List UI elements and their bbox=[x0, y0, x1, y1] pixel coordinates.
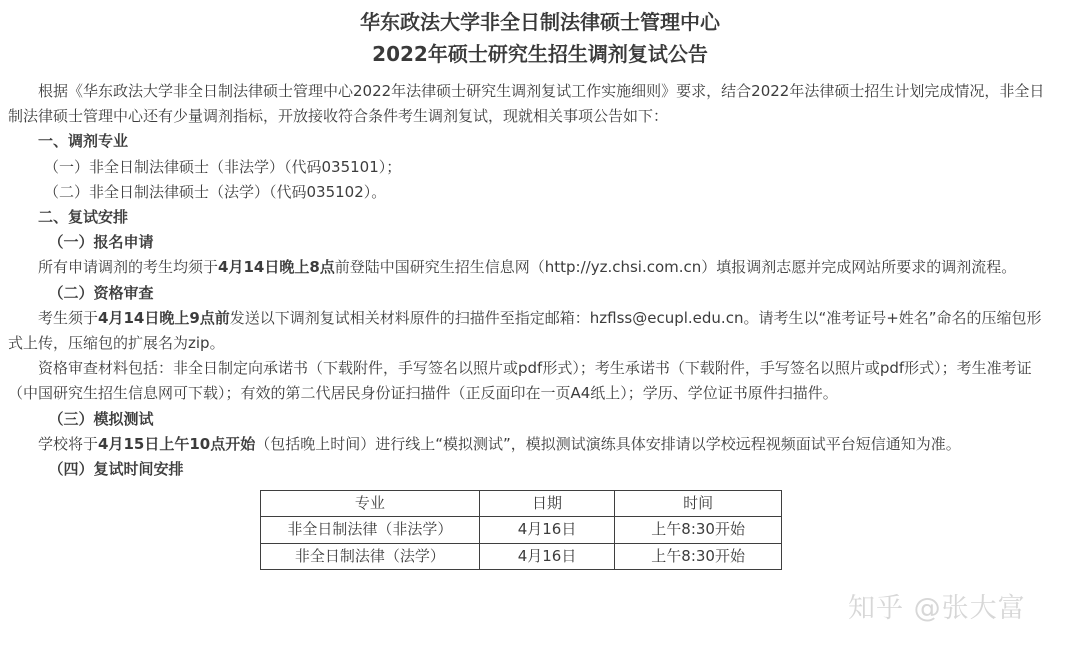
sub2-deadline-bold: 4月14日晚上9点前 bbox=[98, 309, 230, 327]
section1-item-1: （一）非全日制法律硕士（非法学）（代码035101）； bbox=[8, 155, 1048, 180]
section2-sub4-heading: （四）复试时间安排 bbox=[8, 457, 1048, 482]
sub3-text-post: （包括晚上时间）进行线上“模拟测试”，模拟测试演练具体安排请以学校远程视频面试平… bbox=[255, 435, 961, 453]
section2-sub2-paragraph-1: 考生须于4月14日晚上9点前发送以下调剂复试相关材料原件的扫描件至指定邮箱：hz… bbox=[8, 306, 1048, 356]
table-header-date: 日期 bbox=[479, 491, 614, 517]
sub3-text-pre: 学校将于 bbox=[38, 435, 98, 453]
sub3-start-time-bold: 4月15日上午10点开始 bbox=[98, 435, 255, 453]
section2-sub3-paragraph: 学校将于4月15日上午10点开始（包括晚上时间）进行线上“模拟测试”，模拟测试演… bbox=[8, 432, 1048, 457]
table-header-major: 专业 bbox=[261, 491, 480, 517]
zhihu-watermark: 知乎 @张大富 bbox=[848, 586, 1026, 625]
table-cell-date: 4月16日 bbox=[479, 517, 614, 543]
section2-sub1-heading: （一）报名申请 bbox=[8, 230, 1048, 255]
section1-item-2: （二）非全日制法律硕士（法学）（代码035102）。 bbox=[8, 180, 1048, 205]
document-title-line1: 华东政法大学非全日制法律硕士管理中心 bbox=[0, 6, 1080, 38]
section2-heading: 二、复试安排 bbox=[8, 205, 1048, 230]
table-cell-date: 4月16日 bbox=[479, 543, 614, 569]
sub1-text-post: 前登陆中国研究生招生信息网（http://yz.chsi.com.cn）填报调剂… bbox=[335, 258, 1017, 276]
table-header-time: 时间 bbox=[615, 491, 782, 517]
table-cell-time: 上午8:30开始 bbox=[615, 517, 782, 543]
table-cell-major: 非全日制法律（法学） bbox=[261, 543, 480, 569]
table-header-row: 专业 日期 时间 bbox=[261, 491, 782, 517]
section2-sub3-heading: （三）模拟测试 bbox=[8, 407, 1048, 432]
sub2-text-pre: 考生须于 bbox=[38, 309, 98, 327]
sub1-text-pre: 所有申请调剂的考生均须于 bbox=[38, 258, 218, 276]
announcement-document: 华东政法大学非全日制法律硕士管理中心 2022年硕士研究生招生调剂复试公告 根据… bbox=[0, 0, 1080, 649]
table-row: 非全日制法律（法学） 4月16日 上午8:30开始 bbox=[261, 543, 782, 569]
document-title-line2: 2022年硕士研究生招生调剂复试公告 bbox=[0, 38, 1080, 70]
table-cell-time: 上午8:30开始 bbox=[615, 543, 782, 569]
section1-heading: 一、调剂专业 bbox=[8, 129, 1048, 154]
document-title: 华东政法大学非全日制法律硕士管理中心 2022年硕士研究生招生调剂复试公告 bbox=[0, 0, 1080, 70]
intro-paragraph: 根据《华东政法大学非全日制法律硕士管理中心2022年法律硕士研究生调剂复试工作实… bbox=[8, 79, 1048, 129]
document-body: 根据《华东政法大学非全日制法律硕士管理中心2022年法律硕士研究生调剂复试工作实… bbox=[0, 79, 1080, 570]
table-row: 非全日制法律（非法学） 4月16日 上午8:30开始 bbox=[261, 517, 782, 543]
section2-sub1-paragraph: 所有申请调剂的考生均须于4月14日晚上8点前登陆中国研究生招生信息网（http:… bbox=[8, 255, 1048, 280]
sub1-deadline-bold: 4月14日晚上8点 bbox=[218, 258, 335, 276]
retest-schedule-table: 专业 日期 时间 非全日制法律（非法学） 4月16日 上午8:30开始 非全日制… bbox=[260, 490, 782, 570]
table-cell-major: 非全日制法律（非法学） bbox=[261, 517, 480, 543]
section2-sub2-paragraph-2: 资格审查材料包括：非全日制定向承诺书（下载附件，手写签名以照片或pdf形式）；考… bbox=[8, 356, 1048, 406]
section2-sub2-heading: （二）资格审查 bbox=[8, 281, 1048, 306]
